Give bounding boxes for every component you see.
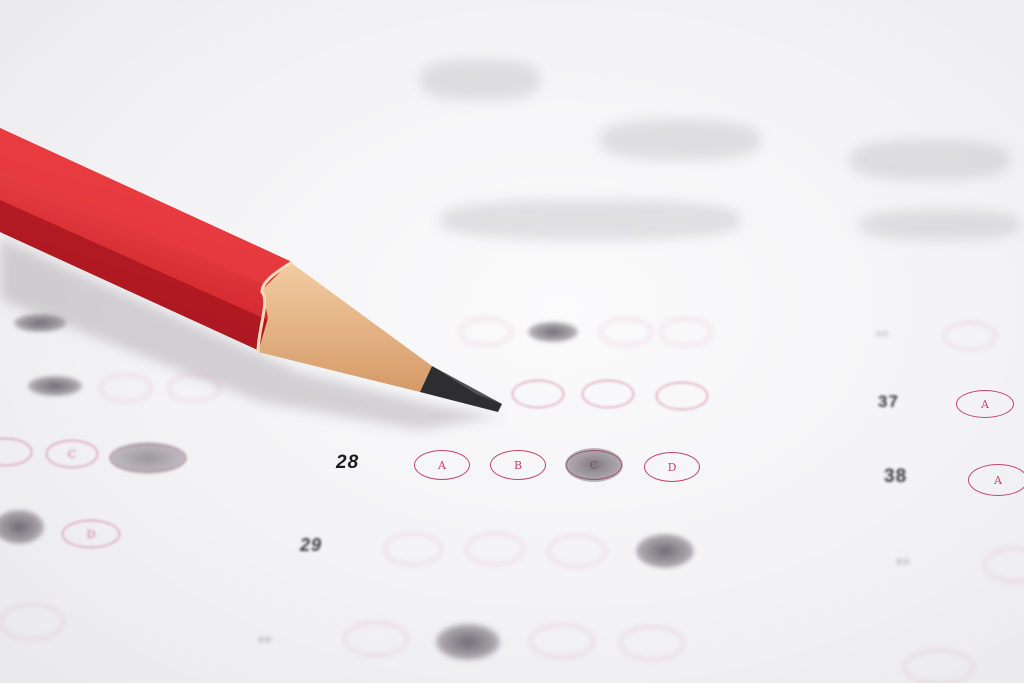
answer-bubble[interactable] — [460, 318, 512, 346]
answer-bubble[interactable] — [384, 533, 442, 565]
background-smudge — [600, 120, 760, 160]
answer-bubble-a[interactable]: A — [956, 390, 1014, 418]
pencil-mark — [528, 322, 578, 342]
answer-bubble[interactable] — [984, 548, 1024, 582]
background-smudge — [850, 140, 1010, 180]
answer-bubble-d[interactable]: D — [62, 520, 120, 548]
question-number: 37 — [878, 392, 899, 412]
answer-bubble-a[interactable]: A — [414, 450, 470, 480]
answer-bubble[interactable] — [582, 380, 634, 408]
answer-bubble[interactable] — [0, 438, 32, 466]
background-smudge — [440, 200, 740, 240]
answer-bubble[interactable] — [656, 382, 708, 410]
question-number: 29 — [300, 535, 322, 556]
question-number: ·· — [896, 552, 910, 573]
photo-scene: 28 A B C D C D 29 ·· ·· 37 A 38 A ·· — [0, 0, 1024, 683]
background-smudge — [860, 210, 1020, 240]
pencil-mark — [14, 314, 66, 332]
question-number: 28 — [336, 452, 359, 474]
question-number: ·· — [258, 630, 272, 651]
answer-bubble[interactable] — [344, 622, 408, 656]
answer-bubble-d[interactable]: D — [644, 452, 700, 482]
pencil-mark — [436, 624, 500, 660]
pencil-mark — [28, 376, 82, 396]
answer-bubble[interactable] — [944, 322, 996, 350]
answer-bubble[interactable] — [466, 533, 524, 565]
answer-bubble-c[interactable]: C — [46, 440, 98, 468]
answer-bubble[interactable] — [548, 535, 606, 567]
answer-bubble[interactable] — [0, 604, 64, 640]
background-smudge — [420, 60, 540, 100]
answer-bubble[interactable] — [600, 318, 652, 346]
answer-bubble[interactable] — [100, 374, 152, 402]
answer-bubble[interactable] — [530, 624, 594, 658]
answer-bubble-b[interactable]: B — [490, 450, 546, 480]
answer-bubble[interactable] — [512, 380, 564, 408]
pencil-mark-filled — [636, 534, 694, 568]
question-number: 38 — [884, 466, 907, 488]
answer-bubble[interactable] — [168, 374, 220, 402]
pencil — [0, 0, 1024, 683]
answer-bubble[interactable] — [904, 650, 974, 683]
pencil-mark — [0, 510, 44, 544]
question-number: ·· — [876, 326, 889, 344]
answer-bubble-c-filled[interactable]: C — [566, 450, 622, 480]
answer-bubble[interactable] — [660, 318, 712, 346]
answer-bubble-a[interactable]: A — [968, 464, 1024, 496]
answer-bubble[interactable] — [620, 626, 684, 660]
answer-bubble-filled[interactable] — [110, 444, 186, 472]
